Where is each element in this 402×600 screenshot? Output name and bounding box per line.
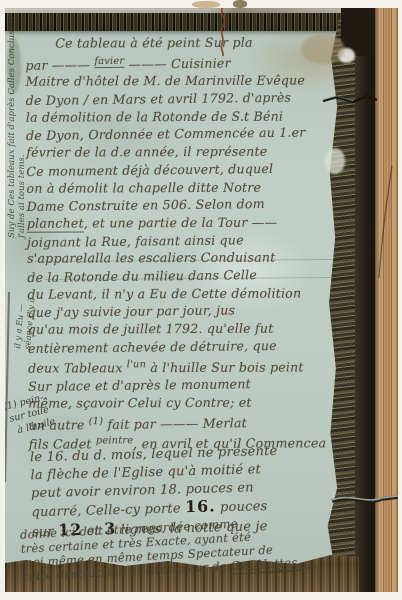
margin-note-vertical-top: Suy de Ces tableaux fait d'après Calles … [7, 17, 27, 238]
manuscript-text-segment: 16. [185, 497, 216, 517]
paper-fold-line [5, 292, 10, 482]
manuscript-text-segment: qu'au mois de juillet 1792. qu'elle fut [28, 321, 274, 337]
manuscript-line: de la Rotonde du milieu dans Celle [27, 265, 345, 287]
manuscript-line: même, sçavoir Celui cy Contre; et [28, 393, 346, 412]
manuscript-text-segment: que j'ay suivie jour par jour, jus [28, 303, 236, 321]
manuscript-text-segment: ——— Cuisinier [124, 55, 231, 71]
signature-flourish [233, 560, 319, 576]
frayed-top-band [5, 13, 373, 31]
manuscript-text-segment: l'un [127, 359, 146, 370]
manuscript-text-segment: Ce monument déjà découvert, duquel [26, 161, 273, 179]
manuscript-text-segment: même, sçavoir Celui cy Contre; et [28, 395, 251, 411]
margin-note-line: j'alles ai tous tems. [17, 17, 27, 238]
manuscript-line: Ce monument déjà découvert, duquel [26, 159, 344, 181]
manuscript-text-segment: par ——— [25, 57, 94, 73]
manuscript-line: de Dyon / en Mars et avril 1792. d'après [26, 88, 344, 110]
manuscript-text-segment: entièrement achevée de détruire, que [28, 338, 277, 356]
manuscript-text-segment: (1) [89, 416, 104, 427]
manuscript-line: planchet, et une partie de la Tour —— [27, 213, 345, 232]
manuscript-text-segment: du Levant, il n'y a Eu de Cette démoliti… [27, 285, 301, 301]
manuscript-text-segment: fait par ——— Merlat [103, 415, 247, 432]
manuscript-text-segment: de Dyon, Ordonnée et Commencée au 1.er [26, 125, 306, 143]
manuscript-line: entièrement achevée de détruire, que [28, 336, 346, 358]
manuscript-text-segment: Sur place et d'après le monument [28, 376, 251, 394]
manuscript-text-segment: , et une partie de la Tour —— [84, 215, 278, 231]
manuscript-text-segment: quarré, Celle-cy porte [31, 502, 185, 521]
manuscript-text-segment: pouces [216, 499, 268, 515]
manuscript-photo: Ce tableau à été peint Sur plapar ——— fa… [5, 8, 398, 592]
manuscript-text-segment: Maitre d'hôtel de M. de Marinville Evêqu… [26, 73, 306, 89]
manuscript-text-segment: à l'huille Sur bois peint [146, 359, 304, 375]
manuscript-text-segment: on à démolit la chapelle ditte Notre [26, 179, 261, 195]
manuscript-line: Ce tableau à été peint Sur pla [25, 33, 343, 52]
margin-note-line: Suy de Ces tableaux fait d'après Calles … [7, 17, 17, 238]
manuscript-text-segment: planchet [27, 215, 84, 232]
manuscript-text-segment: joignant la Rue, faisant ainsi que [27, 232, 244, 250]
manuscript-text-segment: Ce tableau à été peint Sur pla [55, 35, 252, 51]
border-stain [233, 0, 247, 8]
manuscript-text-segment: deux Tableaux [28, 360, 127, 375]
manuscript-text-segment: de la Rotonde du milieu dans Celle [27, 267, 257, 285]
manuscript-text-segment: s'apparelalla les escaliers Conduisant [27, 250, 275, 266]
manuscript-text-segment: la démolition de la Rotonde de S.t Béni [26, 108, 283, 124]
manuscript-line: deux Tableaux l'un à l'huille Sur bois p… [28, 355, 346, 377]
manuscript-text-segment: de Dyon / en Mars et avril 1792. d'après [26, 90, 292, 108]
manuscript-text-segment: février de la d.e année, il représente [26, 144, 267, 160]
manuscript-text-segment: Dame Construite en 506. Selon dom [27, 196, 265, 214]
manuscript-text-segment: favier [94, 55, 124, 67]
manuscript-line: un autre (1) fait par ——— Merlat [28, 410, 346, 434]
manuscript-text-segment: peintre [96, 435, 133, 446]
manuscript-text-block-1: Ce tableau à été peint Sur plapar ——— fa… [25, 33, 347, 455]
border-stain [192, 1, 220, 8]
wood-grain-crack [377, 166, 395, 278]
